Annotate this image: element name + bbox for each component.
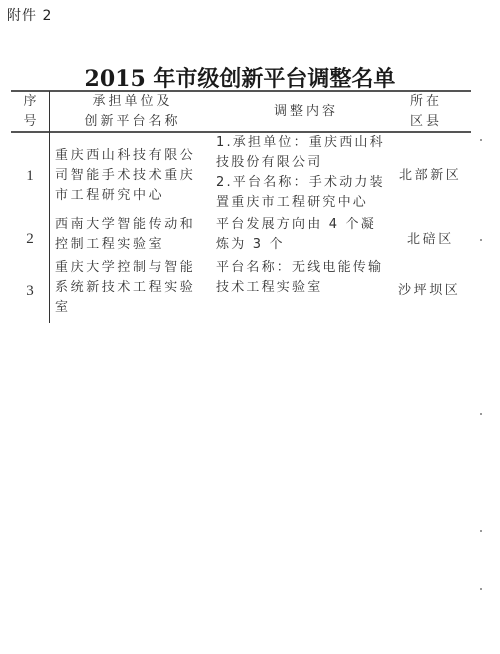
- row-unit: 西南大学智能传动和 控制工程实验室: [55, 215, 215, 255]
- row-seq: 3: [11, 281, 49, 301]
- scan-speck: [480, 239, 482, 241]
- row-content: 1.承担单位：重庆西山科 技股份有限公司 2.平台名称：手术动力装 置重庆市工程…: [216, 133, 396, 213]
- scan-speck: [480, 413, 482, 415]
- row-unit: 重庆西山科技有限公 司智能手术技术重庆 市工程研究中心: [55, 146, 215, 206]
- scan-speck: [480, 588, 482, 590]
- row-seq: 2: [11, 229, 49, 249]
- row-content: 平台名称：无线电能传输 技术工程实验室: [216, 258, 396, 298]
- attachment-label: 附件 2: [7, 5, 52, 25]
- row-district: 北碚区: [407, 230, 454, 250]
- row-content: 平台发展方向由 4 个凝 炼为 3 个: [216, 215, 396, 255]
- header-seq: 序 号: [11, 92, 49, 132]
- scan-speck: [480, 139, 482, 141]
- row-unit: 重庆大学控制与智能 系统新技术工程实验 室: [55, 258, 215, 318]
- row-seq: 1: [11, 166, 49, 186]
- header-unit: 承担单位及 创新平台名称: [55, 92, 210, 132]
- column-divider: [49, 91, 50, 323]
- scan-speck: [480, 530, 482, 532]
- header-content: 调整内容: [216, 102, 396, 122]
- row-district: 北部新区: [399, 166, 461, 186]
- header-district: 所在 区县: [396, 92, 456, 132]
- page-title: 2015 年市级创新平台调整名单: [0, 62, 480, 93]
- row-district: 沙坪坝区: [398, 281, 460, 301]
